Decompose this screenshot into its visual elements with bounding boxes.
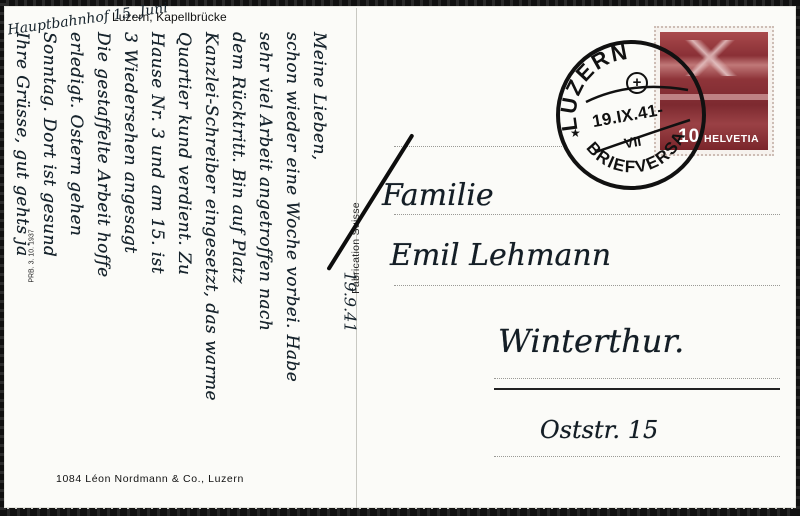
message-line: Hause Nr. 3 und am 15. ist xyxy=(143,32,170,460)
handwritten-message: Meine Lieben, schon wieder eine Woche vo… xyxy=(8,22,338,470)
address-recipient-family: Familie xyxy=(382,178,494,213)
message-line: Die gestaffelte Arbeit hoffe xyxy=(89,32,116,460)
address-line-dotted xyxy=(394,214,780,215)
message-line: schon wieder eine Woche vorbei. Habe xyxy=(278,32,305,460)
message-line: sehr viel Arbeit angetroffen nach xyxy=(251,32,278,460)
message-line: 3 Wiedersehen angesagt xyxy=(116,32,143,460)
address-line-dotted xyxy=(394,285,780,286)
message-line: Sonntag. Dort ist gesund xyxy=(35,32,62,460)
address-line-dotted xyxy=(494,456,780,457)
message-line: Quartier kund verdient. Zu xyxy=(170,32,197,460)
address-line-dotted xyxy=(394,146,562,147)
postmark-hour: VII xyxy=(623,133,643,152)
star-icon: ★ xyxy=(570,126,581,140)
message-line: dem Rücktritt. Bin auf Platz xyxy=(224,32,251,460)
address-line-dotted xyxy=(494,378,780,379)
message-line: Meine Lieben, xyxy=(305,32,332,460)
stamp-country: HELVETIA xyxy=(704,133,759,145)
message-date: 19.9.41 xyxy=(341,271,360,332)
message-line: Ihre Grüsse, gut gehts ja xyxy=(8,32,35,460)
address-recipient-name: Emil Lehmann xyxy=(390,238,611,273)
swiss-cross-icon: + xyxy=(626,72,648,94)
message-body: Meine Lieben, schon wieder eine Woche vo… xyxy=(8,22,338,470)
address-line-solid xyxy=(494,388,780,390)
message-line: erledigt. Ostern gehen xyxy=(62,32,89,460)
address-street: Oststr. 15 xyxy=(540,416,658,444)
postmark-cancellation: LUZERN BRIEFVERSAND + 19.IX.41- VII ★ xyxy=(556,40,706,190)
publisher-line: 1084 Léon Nordmann & Co., Luzern xyxy=(56,473,244,485)
address-city: Winterthur. xyxy=(498,322,684,360)
message-line: Kanzlei-Schreiber eingesetzt, das warme xyxy=(197,32,224,460)
